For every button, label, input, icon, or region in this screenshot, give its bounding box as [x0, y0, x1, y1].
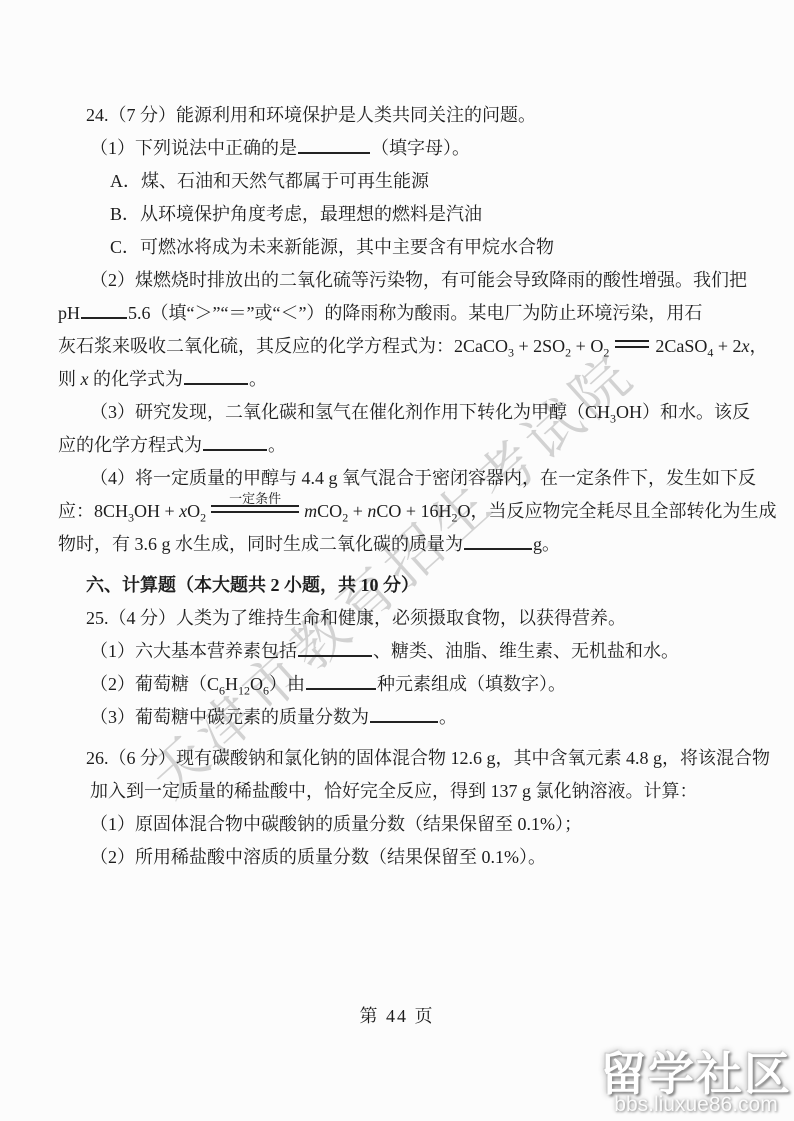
- text-run: ）由: [269, 674, 305, 694]
- text-run: 。: [439, 707, 457, 727]
- fill-in-blank: [298, 149, 370, 154]
- text-run: 2CaSO: [655, 336, 707, 356]
- text-run: pH: [58, 303, 80, 323]
- text-run: O，当反应物完全耗尽且全部转化为生成: [458, 501, 777, 521]
- text-run: + 2SO: [514, 336, 565, 356]
- text-run: 灰石浆来吸收二氧化硫，其反应的化学方程式为：2CaCO: [58, 336, 508, 356]
- text-run: O: [187, 501, 200, 521]
- text-run: （1）六大基本营养素包括: [90, 641, 297, 661]
- document-line: （1）原固体混合物中碳酸钠的质量分数（结果保留至 0.1%）；: [58, 808, 760, 841]
- text-run: 。: [249, 369, 267, 389]
- fill-in-blank: [298, 652, 372, 657]
- site-watermark-title: 留学社区: [600, 1050, 792, 1098]
- text-run: OH +: [134, 501, 179, 521]
- text-run: （1）原固体混合物中碳酸钠的质量分数（结果保留至 0.1%）；: [90, 814, 582, 834]
- document-line: 26.（6 分）现有碳酸钠和氯化钠的固体混合物 12.6 g，其中含氧元素 4.…: [58, 742, 760, 775]
- equals-double-line: [615, 340, 649, 348]
- text-run: A．煤、石油和天然气都属于可再生能源: [110, 171, 429, 191]
- site-watermark: 留学社区 bbs.liuxue86.com: [600, 1050, 792, 1117]
- text-run: （4）将一定质量的甲醇与 4.4 g 氧气混合于密闭容器内，在一定条件下，发生如…: [90, 468, 756, 488]
- text-run: +: [348, 501, 367, 521]
- text-run: 应：8CH: [58, 501, 128, 521]
- text-run: （填字母）。: [371, 138, 470, 158]
- condition-label: 一定条件: [211, 492, 299, 506]
- variable: m: [304, 501, 317, 521]
- page-number: 第 44 页: [0, 1002, 794, 1028]
- site-watermark-url: bbs.liuxue86.com: [600, 1093, 792, 1117]
- text-run: （2）葡萄糖（C: [90, 674, 219, 694]
- variable: x: [742, 336, 750, 356]
- text-run: （2）所用稀盐酸中溶质的质量分数（结果保留至 0.1%）。: [90, 847, 546, 867]
- document-line: （4）将一定质量的甲醇与 4.4 g 氧气混合于密闭容器内，在一定条件下，发生如…: [58, 462, 760, 495]
- reaction-condition-arrow: 一定条件: [211, 505, 299, 513]
- text-run: CO: [317, 501, 342, 521]
- text-run: ，: [750, 336, 768, 356]
- text-run: 物时，有 3.6 g 水生成，同时生成二氧化碳的质量为: [58, 534, 463, 554]
- text-run: 加入到一定质量的稀盐酸中，恰好完全反应，得到 137 g 氯化钠溶液。计算：: [90, 781, 698, 801]
- fill-in-blank: [464, 545, 532, 550]
- text-run: C．可燃冰将成为未来新能源，其中主要含有甲烷水合物: [110, 237, 554, 257]
- text-run: 26.（6 分）现有碳酸钠和氯化钠的固体混合物 12.6 g，其中含氧元素 4.…: [86, 748, 770, 768]
- text-run: B．从环境保护角度考虑，最理想的燃料是汽油: [110, 204, 482, 224]
- text-run: 。: [268, 435, 286, 455]
- formula-subscript: 2: [200, 511, 206, 525]
- text-run: 25.（4 分）人类为了维持生命和健康，必须摄取食物，以获得营养。: [86, 608, 626, 628]
- double-line: [211, 505, 299, 513]
- fill-in-blank: [370, 718, 438, 723]
- text-run: （3）葡萄糖中碳元素的质量分数为: [90, 707, 369, 727]
- document-line: 物时，有 3.6 g 水生成，同时生成二氧化碳的质量为g。: [58, 528, 760, 561]
- document-line: 25.（4 分）人类为了维持生命和健康，必须摄取食物，以获得营养。: [58, 602, 760, 635]
- document-line: B．从环境保护角度考虑，最理想的燃料是汽油: [58, 198, 760, 231]
- text-run: 、糖类、油脂、维生素、无机盐和水。: [373, 641, 679, 661]
- text-run: OH）和水。该反: [616, 402, 750, 422]
- text-run: 则: [58, 369, 81, 389]
- text-run: 5.6（填“＞”“＝”或“＜”）的降雨称为酸雨。某电厂为防止环境污染，用石: [128, 303, 702, 323]
- variable: x: [179, 501, 187, 521]
- document-line: （2）煤燃烧时排放出的二氧化硫等污染物，有可能会导致降雨的酸性增强。我们把: [58, 264, 760, 297]
- text-run: CO + 16H: [376, 501, 451, 521]
- document-line: 灰石浆来吸收二氧化硫，其反应的化学方程式为：2CaCO3 + 2SO2 + O2…: [58, 330, 760, 363]
- document-content: 24.（7 分）能源利用和环境保护是人类共同关注的问题。（1）下列说法中正确的是…: [58, 99, 760, 874]
- text-run: 应的化学方程式为: [58, 435, 202, 455]
- document-line: 加入到一定质量的稀盐酸中，恰好完全反应，得到 137 g 氯化钠溶液。计算：: [58, 775, 760, 808]
- fill-in-blank: [203, 446, 267, 451]
- text-run: 六、计算题（本大题共 2 小题，共 10 分）: [86, 575, 419, 595]
- document-line: 24.（7 分）能源利用和环境保护是人类共同关注的问题。: [58, 99, 760, 132]
- variable: n: [367, 501, 376, 521]
- text-run: 种元素组成（填数字）。: [377, 674, 566, 694]
- document-line: 则 x 的化学式为。: [58, 363, 760, 396]
- document-line: （2）所用稀盐酸中溶质的质量分数（结果保留至 0.1%）。: [58, 841, 760, 874]
- formula-subscript: 12: [238, 684, 250, 698]
- text-run: + 2: [713, 336, 741, 356]
- formula-subscript: 2: [603, 346, 609, 360]
- document-line: （1）六大基本营养素包括、糖类、油脂、维生素、无机盐和水。: [58, 635, 760, 668]
- text-run: g。: [533, 534, 560, 554]
- text-run: （3）研究发现，二氧化碳和氢气在催化剂作用下转化为甲醇（CH: [90, 402, 610, 422]
- text-run: （1）下列说法中正确的是: [90, 138, 297, 158]
- fill-in-blank: [81, 314, 127, 319]
- text-run: + O: [571, 336, 603, 356]
- document-line: A．煤、石油和天然气都属于可再生能源: [58, 165, 760, 198]
- document-line: （1）下列说法中正确的是（填字母）。: [58, 132, 760, 165]
- text-run: 24.（7 分）能源利用和环境保护是人类共同关注的问题。: [86, 105, 536, 125]
- document-line: 应的化学方程式为。: [58, 429, 760, 462]
- document-line: pH5.6（填“＞”“＝”或“＜”）的降雨称为酸雨。某电厂为防止环境污染，用石: [58, 297, 760, 330]
- variable: x: [81, 369, 89, 389]
- text-run: 的化学式为: [89, 369, 184, 389]
- document-line: （2）葡萄糖（C6H12O6）由种元素组成（填数字）。: [58, 668, 760, 701]
- text-run: O: [250, 674, 263, 694]
- text-run: （2）煤燃烧时排放出的二氧化硫等污染物，有可能会导致降雨的酸性增强。我们把: [90, 270, 747, 290]
- text-run: H: [225, 674, 238, 694]
- page-root: { "page": { "number_label": "第 44 页", "b…: [0, 0, 794, 1121]
- document-line: C．可燃冰将成为未来新能源，其中主要含有甲烷水合物: [58, 231, 760, 264]
- document-line: 应：8CH3OH + xO2一定条件mCO2 + nCO + 16H2O，当反应…: [58, 495, 760, 528]
- fill-in-blank: [184, 380, 248, 385]
- document-line: （3）研究发现，二氧化碳和氢气在催化剂作用下转化为甲醇（CH3OH）和水。该反: [58, 396, 760, 429]
- fill-in-blank: [306, 685, 376, 690]
- document-line: 六、计算题（本大题共 2 小题，共 10 分）: [58, 569, 760, 602]
- document-line: （3）葡萄糖中碳元素的质量分数为。: [58, 701, 760, 734]
